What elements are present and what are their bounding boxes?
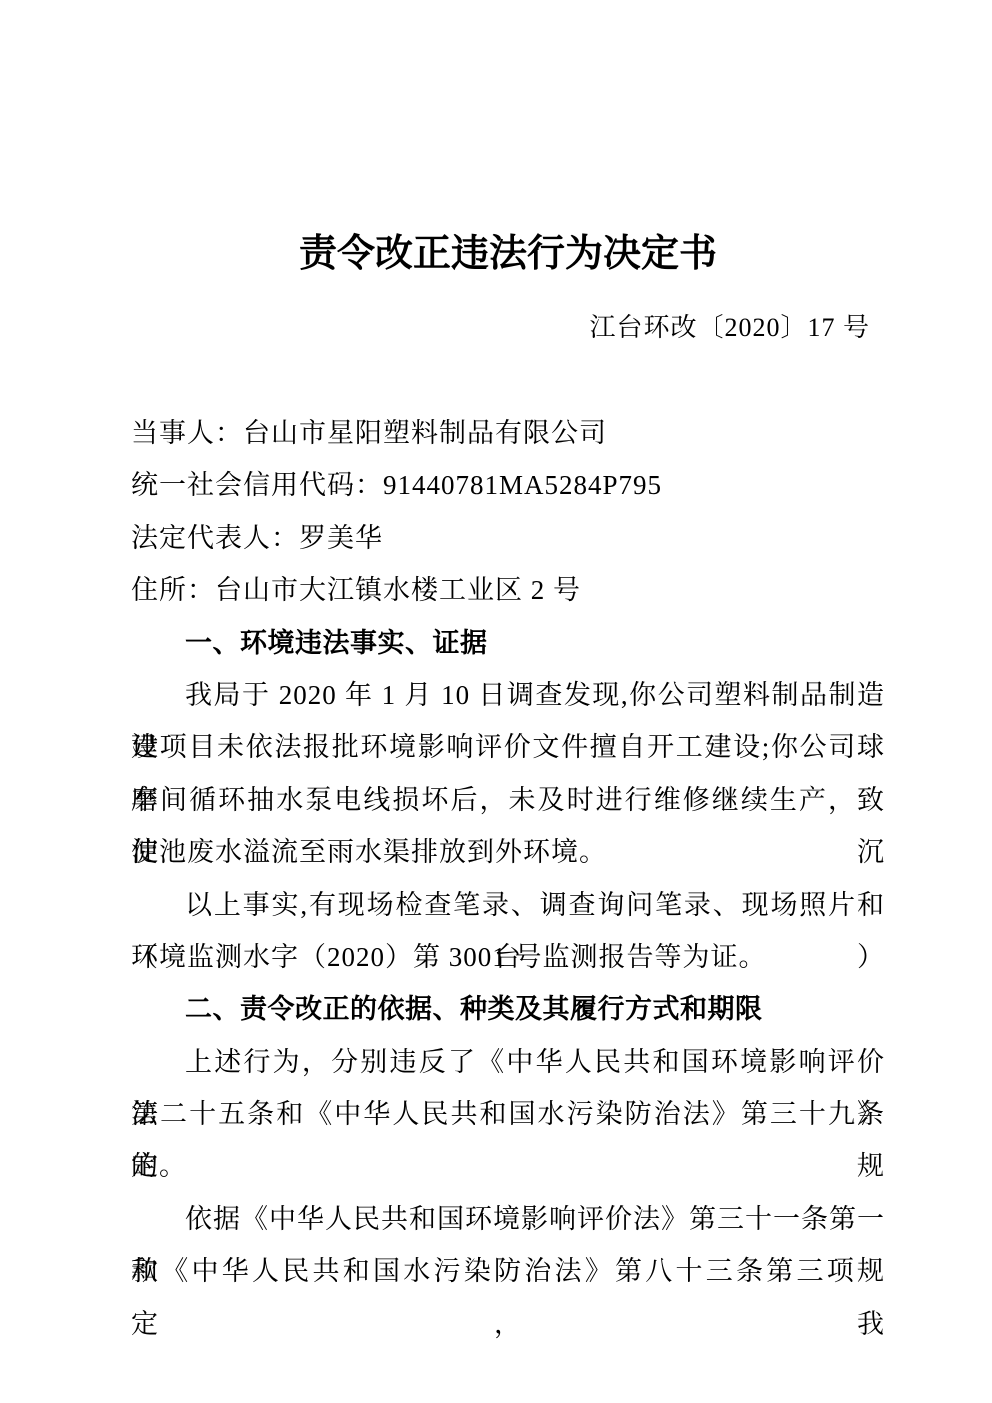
section-2-heading: 二、责令改正的依据、种类及其履行方式和期限: [131, 983, 885, 1035]
body-line: 上述行为，分别违反了《中华人民共和国环境影响评价法》: [131, 1036, 885, 1088]
body-line: 第二十五条和《中华人民共和国水污染防治法》第三十九条的规: [131, 1088, 885, 1140]
body-line: 我局于 2020 年 1 月 10 日调查发现,你公司塑料制品制造建: [131, 669, 885, 721]
party-line: 当事人：台山市星阳塑料制品有限公司: [131, 407, 885, 459]
body-line: 车间循环抽水泵电线损坏后，未及时进行维修继续生产，致使沉: [131, 774, 885, 826]
document-number: 江台环改〔2020〕17 号: [131, 311, 885, 345]
document-body: 当事人：台山市星阳塑料制品有限公司 统一社会信用代码：91440781MA528…: [131, 407, 885, 1298]
document-title: 责令改正违法行为决定书: [131, 231, 885, 278]
address-line: 住所：台山市大江镇水楼工业区 2 号: [131, 564, 885, 616]
body-line: 和《中华人民共和国水污染防治法》第八十三条第三项规定，我: [131, 1245, 885, 1297]
credit-code-line: 统一社会信用代码：91440781MA5284P795: [131, 459, 885, 511]
document-page: 责令改正违法行为决定书 江台环改〔2020〕17 号 当事人：台山市星阳塑料制品…: [0, 0, 992, 1403]
legal-rep-line: 法定代表人：罗美华: [131, 512, 885, 564]
section-1-heading: 一、环境违法事实、证据: [131, 617, 885, 669]
body-line: 以上事实,有现场检查笔录、调查询问笔录、现场照片和（台）: [131, 879, 885, 931]
body-line: 依据《中华人民共和国环境影响评价法》第三十一条第一款: [131, 1193, 885, 1245]
body-line: 设项目未依法报批环境影响评价文件擅自开工建设;你公司球磨: [131, 721, 885, 773]
